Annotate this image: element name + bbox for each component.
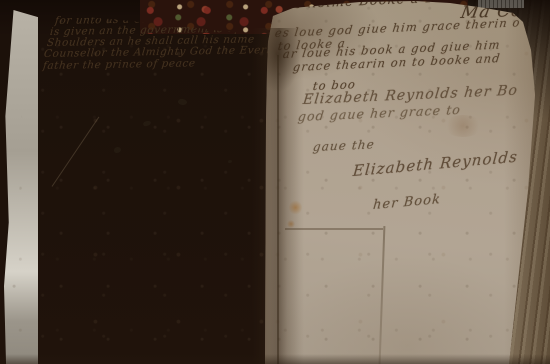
- ownership-inscription-line: gaue the: [312, 137, 375, 154]
- handwriting-line: Counsellor the Almighty God the Everla: [43, 44, 278, 60]
- handwriting-line: to boo: [312, 77, 357, 93]
- handwriting-line: ar loue his book a god giue him: [282, 37, 501, 61]
- scratch-mark: [52, 117, 100, 187]
- right-page: mas holme Booke a 165a Ma Con es loue go…: [265, 0, 550, 364]
- photo-antique-open-book: for unto us a Child is born and unto is …: [0, 0, 550, 364]
- ownership-inscription-line: god gaue her grace to: [297, 102, 462, 124]
- rust-stain: [289, 200, 302, 215]
- spine-fold-line: [277, 55, 279, 364]
- handwriting-line: father the prince of peace: [42, 57, 196, 72]
- ownership-inscription-line: Elizabeth Reynolds her Bo: [302, 83, 519, 108]
- ink-blot: [143, 120, 152, 126]
- brown-stain: [443, 115, 483, 137]
- handwriting-line: Shoulders an he shall call his name: [46, 33, 255, 49]
- background-grid-object: [478, 0, 524, 8]
- owner-signature: Elizabeth Reynolds: [352, 147, 519, 180]
- handwriting-line: es loue god giue him grace therin o: [274, 15, 521, 40]
- handwriting-line: grace thearin on to booke and: [292, 51, 501, 74]
- crease-line: [379, 226, 386, 364]
- crease-line: [285, 228, 383, 230]
- left-page: for unto us a Child is born and unto is …: [0, 0, 285, 364]
- ink-blot: [228, 160, 232, 163]
- ink-blot: [177, 98, 187, 106]
- handwriting-line: to looke a: [277, 36, 347, 53]
- ink-blot: [114, 147, 121, 153]
- rust-stain: [287, 220, 295, 228]
- bottom-edge-shadow: [0, 354, 550, 364]
- ownership-inscription-line: her Book: [372, 192, 441, 213]
